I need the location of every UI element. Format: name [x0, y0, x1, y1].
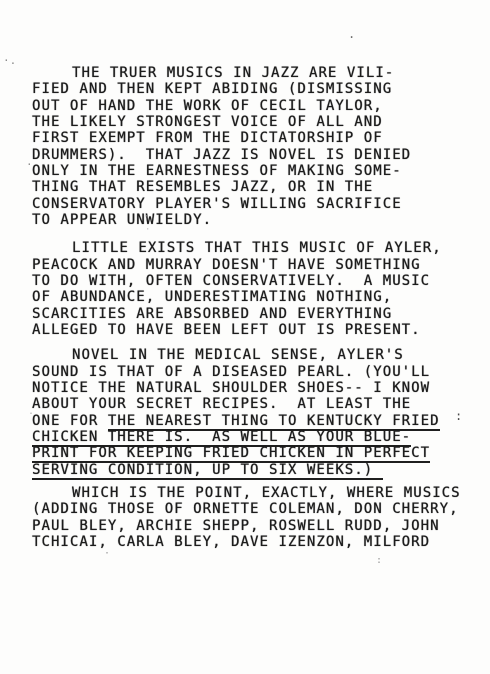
text-line: THE LIKELY STRONGEST VOICE OF ALL AND	[32, 114, 484, 130]
text-line: ALLEGED TO HAVE BEEN LEFT OUT IS PRESENT…	[32, 322, 484, 338]
text-segment: ONLY IN THE EARNESTNESS OF MAKING SOME-	[32, 163, 402, 179]
text-line: ABOUT YOUR SECRET RECIPES. AT LEAST THE	[32, 396, 484, 412]
text-line: CONSERVATORY PLAYER'S WILLING SACRIFICE	[32, 196, 484, 212]
paragraph: THE TRUER MUSICS IN JAZZ ARE VILI-FIED A…	[32, 65, 484, 228]
paragraph: LITTLE EXISTS THAT THIS MUSIC OF AYLER,P…	[32, 240, 484, 338]
text-line: PRINT FOR KEEPING FRIED CHICKEN IN PERFE…	[32, 445, 484, 461]
text-line: NOTICE THE NATURAL SHOULDER SHOES-- I KN…	[32, 380, 484, 396]
text-line: TCHICAI, CARLA BLEY, DAVE IZENZON, MILFO…	[32, 534, 484, 550]
text-line: THING THAT RESEMBLES JAZZ, OR IN THE	[32, 179, 484, 195]
scan-artifact: :	[455, 410, 462, 422]
text-line: CHICKEN THERE IS. AS WELL AS YOUR BLUE-	[32, 429, 484, 445]
text-line: PAUL BLEY, ARCHIE SHEPP, ROSWELL RUDD, J…	[32, 518, 484, 534]
text-segment: TO DO WITH, OFTEN CONSERVATIVELY. A MUSI…	[32, 273, 430, 289]
text-line: THE TRUER MUSICS IN JAZZ ARE VILI-	[32, 65, 484, 81]
text-segment: LITTLE EXISTS THAT THIS MUSIC OF AYLER,	[72, 240, 442, 256]
text-segment: THING THAT RESEMBLES JAZZ, OR IN THE	[32, 179, 373, 195]
text-segment: NOTICE THE NATURAL SHOULDER SHOES-- I KN…	[32, 380, 430, 396]
text-segment: ALLEGED TO HAVE BEEN LEFT OUT IS PRESENT…	[32, 322, 421, 338]
underlined-text: SERVING CONDITION, UP TO SIX WEEKS.)	[32, 462, 373, 480]
text-segment: ABOUT YOUR SECRET RECIPES. AT LEAST THE	[32, 396, 411, 412]
text-line: FIED AND THEN KEPT ABIDING (DISMISSING	[32, 81, 484, 97]
text-line: NOVEL IN THE MEDICAL SENSE, AYLER'S	[32, 347, 484, 363]
scan-artifact: :	[376, 556, 382, 566]
text-line: DRUMMERS). THAT JAZZ IS NOVEL IS DENIED	[32, 147, 484, 163]
text-segment: TO APPEAR UNWIELDY.	[32, 212, 212, 228]
text-segment: SOUND IS THAT OF A DISEASED PEARL. (YOU'…	[32, 364, 430, 380]
text-segment: FIRST EXEMPT FROM THE DICTATORSHIP OF	[32, 130, 383, 146]
paragraph: NOVEL IN THE MEDICAL SENSE, AYLER'SSOUND…	[32, 347, 484, 478]
text-segment: NOVEL IN THE MEDICAL SENSE, AYLER'S	[72, 347, 404, 363]
text-segment: OUT OF HAND THE WORK OF CECIL TAYLOR,	[32, 98, 383, 114]
text-segment: SCARCITIES ARE ABSORBED AND EVERYTHING	[32, 306, 392, 322]
underlined-text: CHICKEN THERE IS. AS WELL AS YOUR BLUE-	[32, 429, 411, 447]
text-segment: THE TRUER MUSICS IN JAZZ ARE VILI-	[72, 65, 394, 81]
text-segment: (ADDING THOSE OF ORNETTE COLEMAN, DON CH…	[32, 501, 459, 517]
text-line: TO DO WITH, OFTEN CONSERVATIVELY. A MUSI…	[32, 273, 484, 289]
text-block: THE TRUER MUSICS IN JAZZ ARE VILI-FIED A…	[32, 65, 484, 550]
text-segment: PEACOCK AND MURRAY DOESN'T HAVE SOMETHIN…	[32, 257, 421, 273]
underlined-text: PRINT FOR KEEPING FRIED CHICKEN IN PERFE…	[32, 445, 430, 463]
paragraph: WHICH IS THE POINT, EXACTLY, WHERE MUSIC…	[32, 485, 484, 550]
text-segment: OF ABUNDANCE, UNDERESTIMATING NOTHING,	[32, 289, 392, 305]
text-line: WHICH IS THE POINT, EXACTLY, WHERE MUSIC…	[32, 485, 484, 501]
text-line: TO APPEAR UNWIELDY.	[32, 212, 484, 228]
text-line: OUT OF HAND THE WORK OF CECIL TAYLOR,	[32, 98, 484, 114]
text-line: ONE FOR THE NEAREST THING TO KENTUCKY FR…	[32, 413, 484, 429]
scan-artifact: ·	[145, 226, 150, 235]
text-line: FIRST EXEMPT FROM THE DICTATORSHIP OF	[32, 130, 484, 146]
scan-artifact: .	[26, 156, 33, 167]
scan-artifact: .	[28, 407, 34, 417]
text-line: (ADDING THOSE OF ORNETTE COLEMAN, DON CH…	[32, 501, 484, 517]
text-line: SERVING CONDITION, UP TO SIX WEEKS.)	[32, 462, 484, 478]
text-line: SCARCITIES ARE ABSORBED AND EVERYTHING	[32, 306, 484, 322]
text-segment: THE LIKELY STRONGEST VOICE OF ALL AND	[32, 114, 383, 130]
scan-artifact: .	[348, 28, 355, 40]
text-segment: TCHICAI, CARLA BLEY, DAVE IZENZON, MILFO…	[32, 534, 430, 550]
underlined-text	[373, 462, 382, 480]
scan-artifact: ·	[104, 549, 110, 559]
text-line: ONLY IN THE EARNESTNESS OF MAKING SOME-	[32, 163, 484, 179]
document-page: THE TRUER MUSICS IN JAZZ ARE VILI-FIED A…	[0, 0, 490, 674]
scan-artifact: ·	[143, 212, 149, 222]
underlined-text: THE NEAREST THING TO KENTUCKY FRIED	[108, 413, 440, 431]
scan-artifact: ·.	[3, 55, 16, 66]
text-line: LITTLE EXISTS THAT THIS MUSIC OF AYLER,	[32, 240, 484, 256]
text-segment: PAUL BLEY, ARCHIE SHEPP, ROSWELL RUDD, J…	[32, 518, 440, 534]
text-segment: DRUMMERS). THAT JAZZ IS NOVEL IS DENIED	[32, 147, 411, 163]
text-line: OF ABUNDANCE, UNDERESTIMATING NOTHING,	[32, 289, 484, 305]
text-line: SOUND IS THAT OF A DISEASED PEARL. (YOU'…	[32, 364, 484, 380]
text-segment: ONE FOR	[32, 413, 108, 429]
text-segment: WHICH IS THE POINT, EXACTLY, WHERE MUSIC…	[72, 485, 461, 501]
text-segment: FIED AND THEN KEPT ABIDING (DISMISSING	[32, 81, 392, 97]
text-segment: CONSERVATORY PLAYER'S WILLING SACRIFICE	[32, 196, 402, 212]
text-line: PEACOCK AND MURRAY DOESN'T HAVE SOMETHIN…	[32, 257, 484, 273]
